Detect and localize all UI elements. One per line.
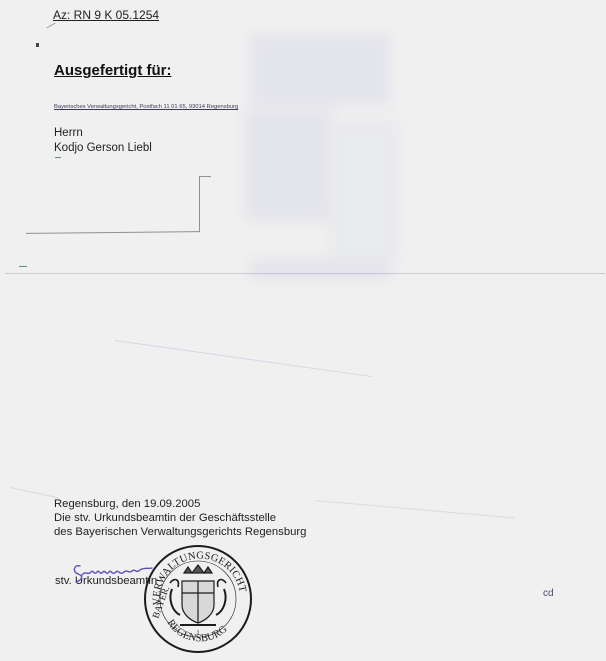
coat-of-arms-icon <box>170 565 226 625</box>
recipient-address: Herrn Kodjo Gerson Liebl <box>54 126 152 156</box>
scan-smudge <box>250 260 390 280</box>
scan-speck <box>36 43 39 47</box>
scan-mark <box>19 266 27 267</box>
seal-number: 1 <box>196 629 200 637</box>
clerk-initials: cd <box>543 588 554 599</box>
scan-mark <box>55 157 61 158</box>
court-seal: VERWALTUNGSGERICHT BAYER. REGENSBURG 1 <box>142 543 254 655</box>
fold-line <box>10 487 59 498</box>
case-reference: Az: RN 9 K 05.1254 <box>53 8 159 22</box>
envelope-window-edge <box>26 231 200 234</box>
closing-block: Regensburg, den 19.09.2005 Die stv. Urku… <box>54 497 306 539</box>
fold-line <box>115 340 373 377</box>
fold-line <box>315 500 514 518</box>
fold-line <box>5 273 605 274</box>
return-address: Bayerisches Verwaltungsgericht, Postfach… <box>54 104 238 110</box>
scan-smudge <box>330 120 400 260</box>
scan-speck <box>46 23 55 29</box>
recipient-name: Kodjo Gerson Liebl <box>54 141 152 156</box>
scanned-document-page: Az: RN 9 K 05.1254 Ausgefertigt für: Bay… <box>0 0 606 661</box>
envelope-window-edge <box>199 176 211 177</box>
closing-line-3: des Bayerischen Verwaltungsgerichts Rege… <box>54 525 306 539</box>
scan-smudge <box>245 110 330 220</box>
closing-line-2: Die stv. Urkundsbeamtin der Geschäftsste… <box>54 511 306 525</box>
scan-smudge <box>250 35 390 105</box>
document-heading: Ausgefertigt für: <box>54 62 172 79</box>
envelope-window-edge <box>199 176 200 232</box>
place-and-date: Regensburg, den 19.09.2005 <box>54 497 306 511</box>
recipient-salutation: Herrn <box>54 126 152 141</box>
